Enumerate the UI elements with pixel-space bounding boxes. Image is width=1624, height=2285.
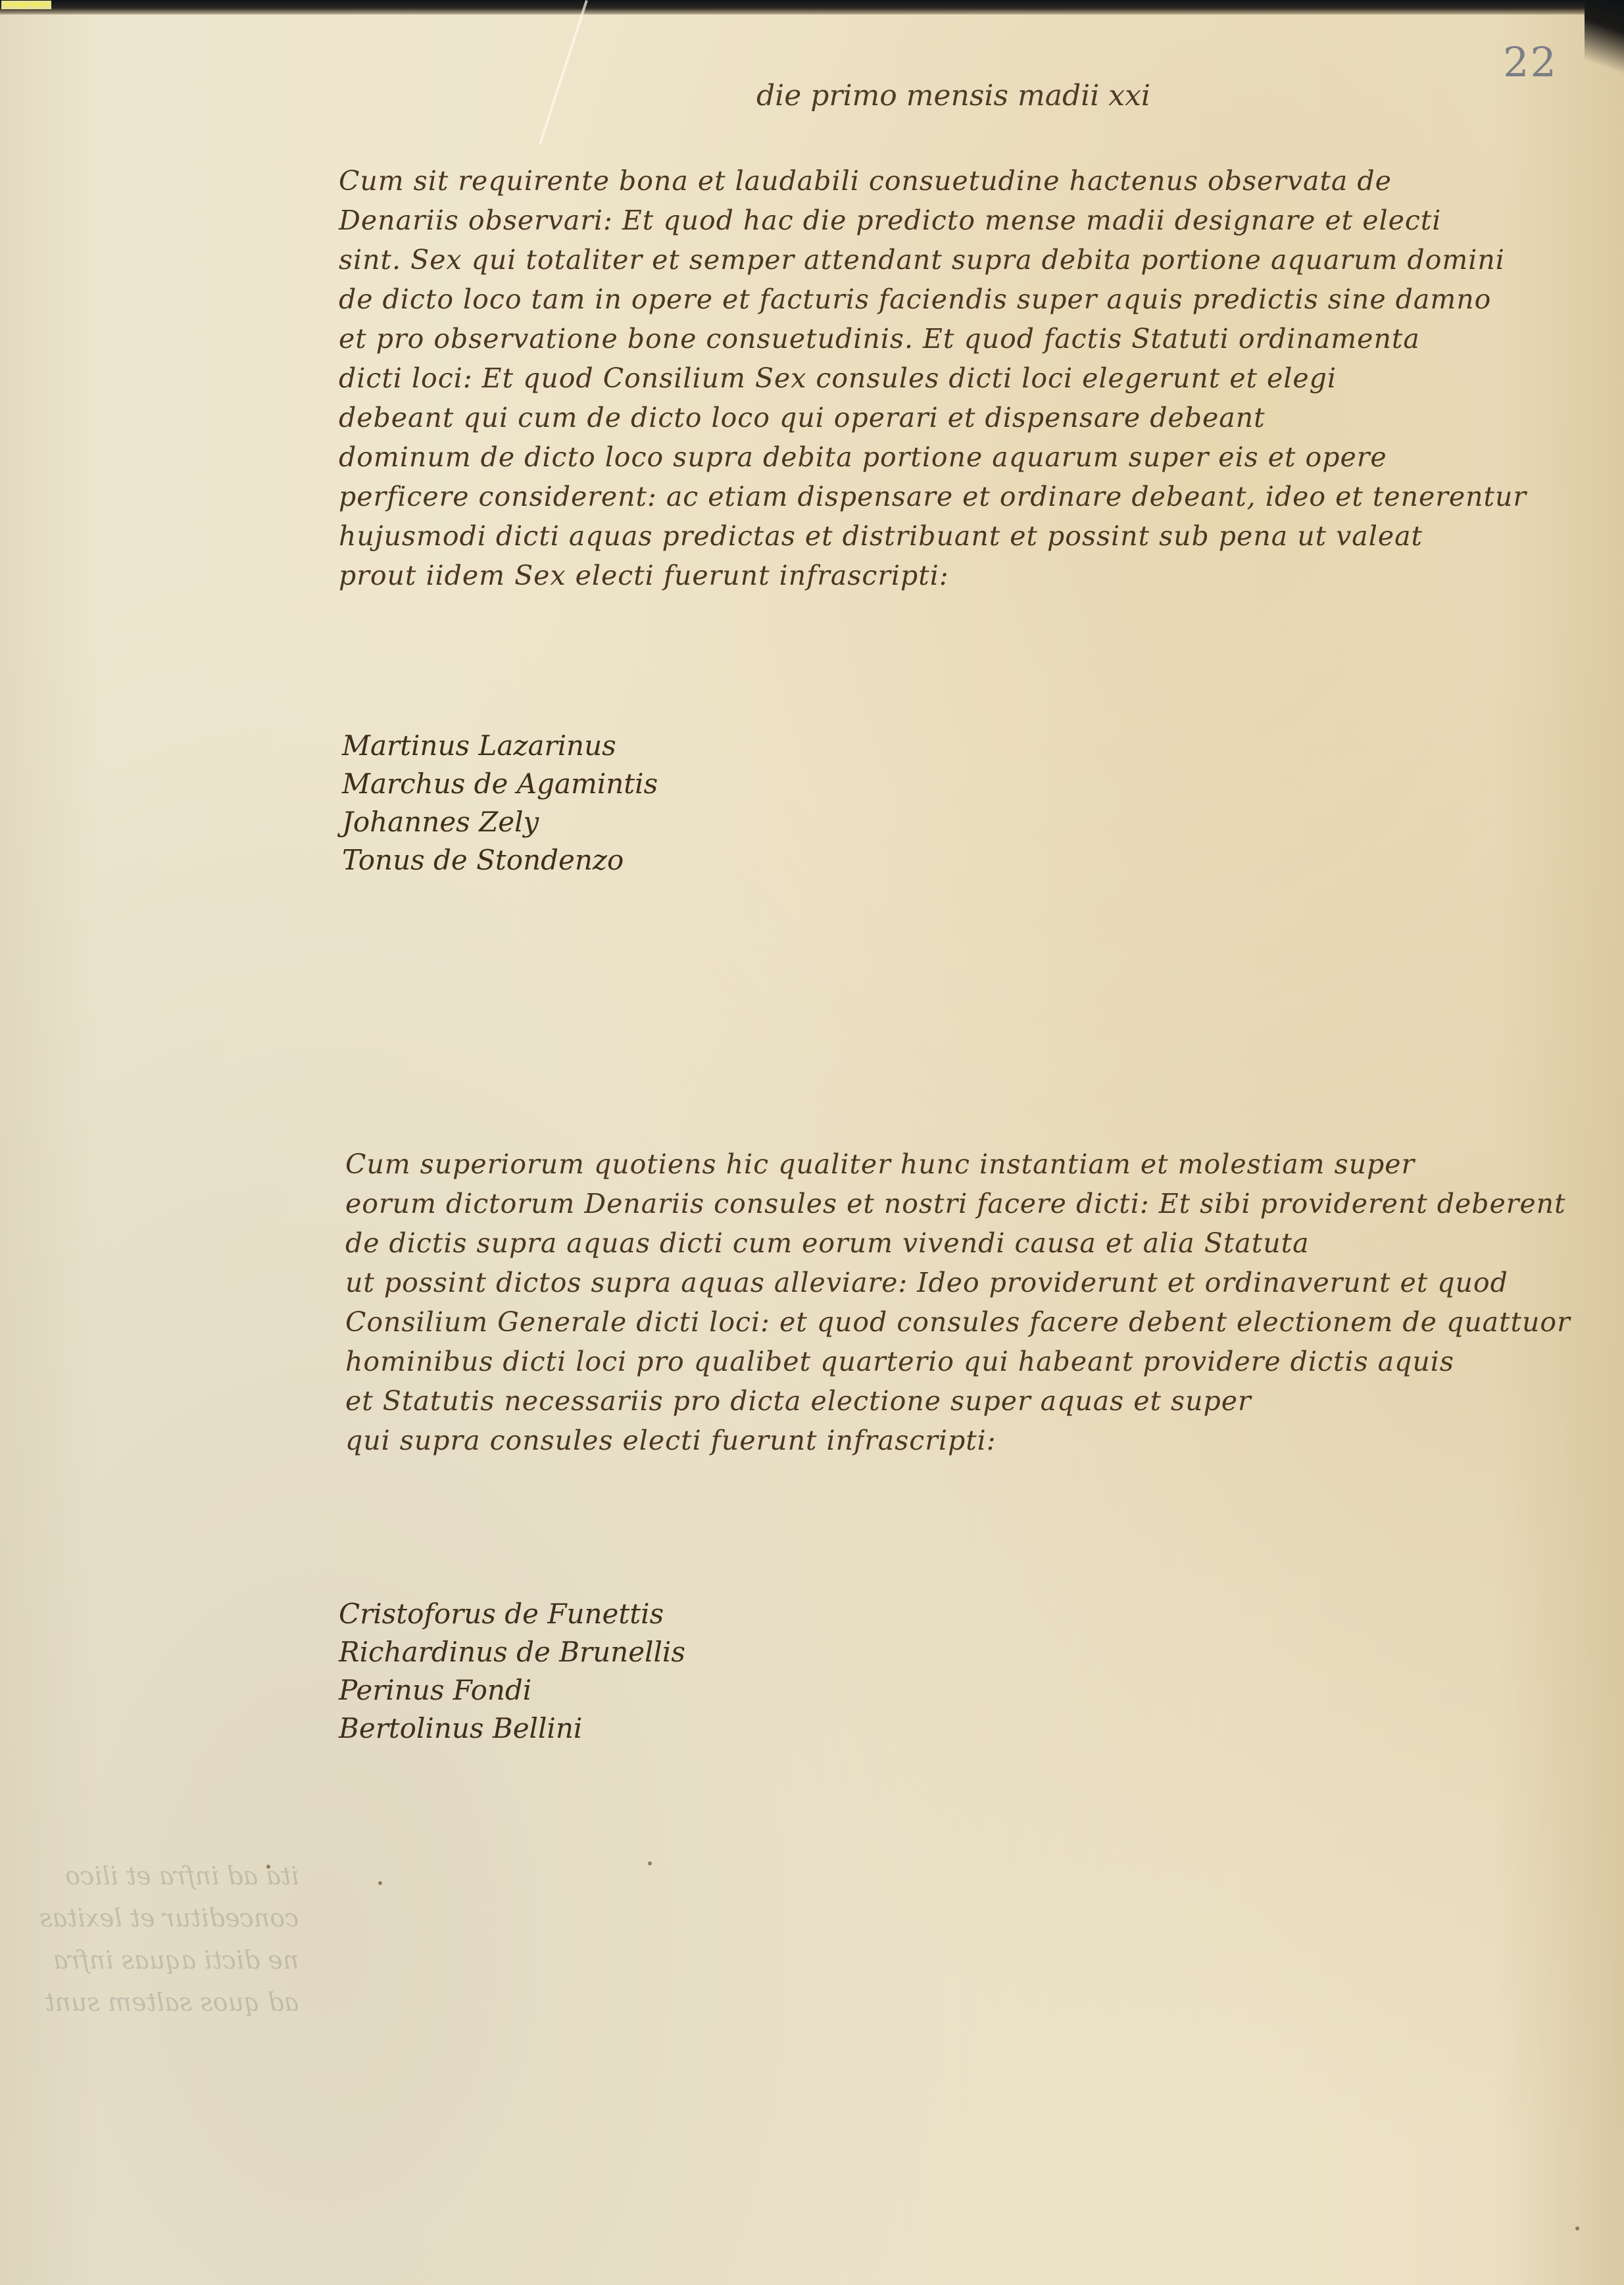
entry-1-text: Cum sit requirente bona et laudabili con… xyxy=(339,161,1575,595)
ink-blot xyxy=(266,1865,270,1869)
text-line: Denariis observari: Et quod hac die pred… xyxy=(339,201,1575,240)
paper-speck xyxy=(1575,2226,1579,2230)
folio-number: 22 xyxy=(1503,38,1558,86)
text-line: dominum de dicto loco supra debita porti… xyxy=(339,437,1575,477)
list-item: Marchus de Agamintis xyxy=(342,765,658,803)
list-item: Tonus de Stondenzo xyxy=(342,841,658,879)
text-line: sint. Sex qui totaliter et semper attend… xyxy=(339,240,1575,280)
list-item: Martinus Lazarinus xyxy=(342,727,658,765)
ink-blot xyxy=(378,1881,382,1885)
entry-2-names-list: Cristoforus de Funettis Richardinus de B… xyxy=(339,1595,685,1748)
text-line: qui supra consules electi fuerunt infras… xyxy=(345,1421,1595,1460)
list-item: Perinus Fondi xyxy=(339,1671,685,1709)
text-line: perficere considerent: ac etiam dispensa… xyxy=(339,477,1575,516)
bleed-line: ad quos saltem sunt xyxy=(39,1981,299,2023)
text-line: de dictis supra aquas dicti cum eorum vi… xyxy=(345,1223,1595,1263)
text-line: de dicto loco tam in opere et facturis f… xyxy=(339,280,1575,319)
entry-1-names-list: Martinus Lazarinus Marchus de Agamintis … xyxy=(342,727,658,879)
list-item: Johannes Zely xyxy=(342,803,658,841)
text-line: debeant qui cum de dicto loco qui operar… xyxy=(339,398,1575,437)
text-line: Cum superiorum quotiens hic qualiter hun… xyxy=(345,1144,1595,1184)
text-line: Cum sit requirente bona et laudabili con… xyxy=(339,161,1575,201)
bleed-line: conceditur et lexitas xyxy=(39,1897,299,1939)
text-line: hujusmodi dicti aquas predictas et distr… xyxy=(339,516,1575,556)
scan-top-edge xyxy=(0,0,1624,14)
page-corner-shadow xyxy=(1585,0,1624,79)
text-line: et Statutis necessariis pro dicta electi… xyxy=(345,1381,1595,1421)
list-item: Bertolinus Bellini xyxy=(339,1709,685,1748)
unregistered-watermark: Unregistered xyxy=(1,1,51,9)
text-line: hominibus dicti loci pro qualibet quarte… xyxy=(345,1342,1595,1381)
text-line: Consilium Generale dicti loci: et quod c… xyxy=(345,1302,1595,1342)
text-line: et pro observatione bone consuetudinis. … xyxy=(339,319,1575,358)
document-heading: die primo mensis madii xxi xyxy=(756,79,1150,112)
text-line: prout iidem Sex electi fuerunt infrascri… xyxy=(339,556,1575,595)
text-line: dicti loci: Et quod Consilium Sex consul… xyxy=(339,358,1575,398)
bleed-line: ita ad infra et ilico xyxy=(39,1855,299,1897)
list-item: Richardinus de Brunellis xyxy=(339,1633,685,1671)
text-line: ut possint dictos supra aquas alleviare:… xyxy=(345,1263,1595,1302)
text-line: eorum dictorum Denariis consules et nost… xyxy=(345,1184,1595,1223)
list-item: Cristoforus de Funettis xyxy=(339,1595,685,1633)
entry-2-text: Cum superiorum quotiens hic qualiter hun… xyxy=(345,1144,1595,1460)
bleed-through-text: ita ad infra et ilico conceditur et lexi… xyxy=(39,1855,299,2023)
bleed-line: ne dicti aquas infra xyxy=(39,1939,299,1981)
ink-blot xyxy=(648,1861,652,1865)
